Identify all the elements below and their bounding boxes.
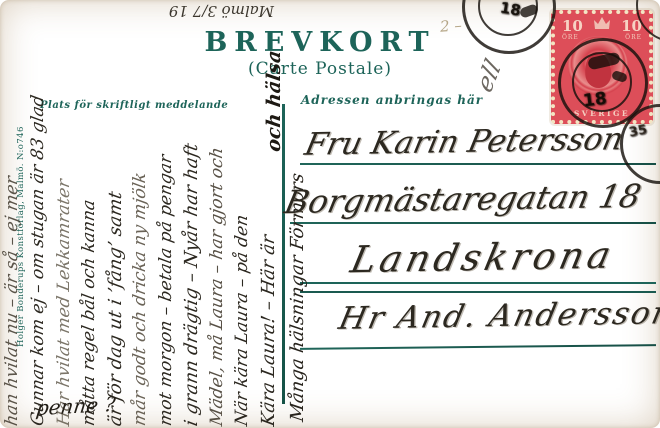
handwritten-message-column: mår godt och dricka ny mjölk (130, 6, 150, 428)
handwritten-message-column: måtta regel bål och kanna (79, 6, 99, 428)
address-rule-4 (300, 344, 656, 350)
postcard-back: BREVKORT (Carte Postale) Adressen anbrin… (0, 0, 660, 428)
handwritten-message-column: mot morgon – betala på pengar (156, 6, 176, 428)
address-recipient-name: Fru Karin Petersson (302, 121, 627, 163)
handwritten-message-column: i grann drägtig – Nyår har haft (181, 6, 202, 428)
pencil-note: 2 – (439, 16, 462, 35)
address-care-of: Hr And. Andersson (336, 295, 660, 337)
address-city: Landskrona (347, 234, 619, 282)
postmark-digits-on-stamp: 18 (582, 89, 608, 112)
handwritten-date-inverted: Malmö 3/7 19 (142, 2, 274, 20)
handwritten-bottom-line: penne ? (35, 392, 117, 420)
address-rule-2 (290, 222, 656, 224)
crown-icon (593, 16, 611, 31)
address-instruction: Adressen anbringas här (301, 93, 483, 107)
address-street: Borgmästaregatan 18 (281, 177, 644, 221)
handwritten-side-greeting: Många hälsningar Förmors (287, 128, 308, 423)
handwritten-message-column: är för dag ut i ’fång’ samt (105, 6, 126, 428)
address-rule-3-double (300, 282, 656, 293)
postmark-digits-top: 18 (499, 0, 522, 20)
stamp-value-left: 10 (562, 17, 583, 35)
handwritten-message-column: Mädel, må Laura – har gjort och (207, 6, 227, 428)
handwritten-message-column: Gunnar kom ej – om stugan är 83 glad (28, 6, 48, 428)
handwritten-message-column: Har hvilat med Lekkamrater (54, 6, 74, 428)
stamp-currency-left: ÖRE (562, 34, 579, 41)
address-rule-1 (300, 163, 656, 165)
handwritten-message-column: När kära Laura – på den (232, 6, 252, 428)
handwritten-message-column: han hvilat nu – är så – ej mer (2, 6, 22, 428)
handwritten-spill-over-title: och hälsa (263, 0, 285, 153)
stamp-currency-right: ÖRE (625, 34, 642, 41)
